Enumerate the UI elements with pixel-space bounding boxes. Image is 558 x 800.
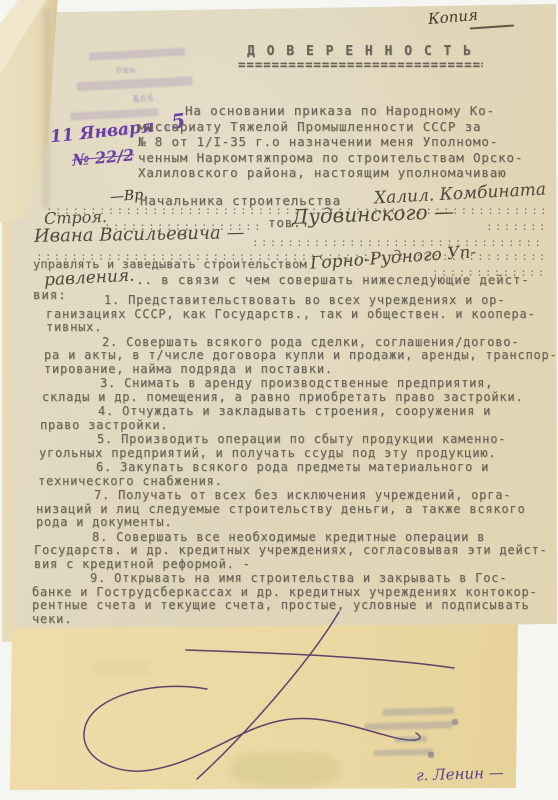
ghost-stamp-line <box>382 707 454 716</box>
list-item: 5. Производить операции по сбыту продукц… <box>39 433 548 460</box>
list-item: 4. Отчуждать и закладывать строения, соо… <box>40 405 548 432</box>
ghost-stamp-line <box>373 749 433 757</box>
text-line: ганизациях СССР, как Государств., так и … <box>46 308 548 322</box>
text-line: чеки. <box>32 613 548 627</box>
text-line: банке и Гострудсберкассах и др. кредитны… <box>32 586 548 600</box>
stamp-line <box>77 76 193 91</box>
text-line: рентные счета и текущие счета, простые, … <box>32 599 548 613</box>
text-line: угольных предприятий, и получать ссуды п… <box>39 447 548 461</box>
text-line: технического снабжения. <box>38 475 548 489</box>
text-line: ченным Наркомтяжпрома по строительствам … <box>138 150 550 166</box>
text-line: ра и акты, в т/числе договора купли и пр… <box>44 349 548 363</box>
text-line: 9. Открывать на имя строительства и закр… <box>32 572 548 586</box>
text-line: На основании приказа по Народному Ко- <box>138 103 550 119</box>
text-line: 1. Представительствовать во всех учрежде… <box>46 294 548 308</box>
continuation-text: .. в связи с чем совершать нижеследующие… <box>136 272 530 287</box>
text-line: вия с кредитной реформой. - <box>34 558 548 572</box>
text-line: право застройки. <box>40 419 548 433</box>
ink-speck <box>428 752 434 758</box>
items-list: 1. Представительствовать во всех учрежде… <box>30 294 548 627</box>
text-line: 5. Производить операции по сбыту продукц… <box>39 433 548 447</box>
text-line: 4. Отчуждать и закладывать строения, соо… <box>40 405 548 419</box>
text-line: низаций и лиц следуемые строительству де… <box>36 503 548 517</box>
text-line: Государств. и др. кредитных учреждениях,… <box>34 544 548 558</box>
scanned-document: ошь №66 о р с к 11 Января 5 № 22/2 Копия… <box>0 0 558 800</box>
place-note: г. Ленин — <box>416 763 504 784</box>
ghost-stamp-line <box>365 721 453 730</box>
text-line: тирование, найма подряда и поставки. <box>44 363 548 377</box>
text-line: № 8 от 1/I-35 г.о назначении меня Уполно… <box>138 134 550 150</box>
text-line: 6. Закупать всякого рода предметы матери… <box>38 461 548 475</box>
list-item: 9. Открывать на имя строительства и закр… <box>32 572 548 626</box>
list-item: 3. Снимать в аренду производственные пре… <box>42 377 548 404</box>
text-line: 8. Совершать все необходимые кредитные о… <box>34 531 548 545</box>
text-line: 3. Снимать в аренду производственные пре… <box>42 377 548 391</box>
list-item: 6. Закупать всякого рода предметы матери… <box>38 461 548 488</box>
ghost-stamp-line <box>395 736 427 743</box>
list-item: 7. Получать от всех без исключения учреж… <box>36 489 548 530</box>
ghost-stamp <box>364 707 476 772</box>
bleed-through-mark <box>230 752 340 786</box>
dotted-leader: ::::::::::::::::::::::::::::::::::::::::… <box>486 220 544 233</box>
gutter-shadow <box>42 8 50 208</box>
text-line: 7. Получать от всех без исключения учреж… <box>36 489 548 503</box>
handwritten-name-patronymic: Ивана Васильевича — <box>34 222 245 247</box>
list-item: 1. Представительствовать во всех учрежде… <box>46 294 548 335</box>
text-line: миссариату Тяжелой Промышленности СССР з… <box>138 119 550 135</box>
title-underline: ========================================… <box>238 57 483 72</box>
ink-speck <box>452 719 458 725</box>
stamp-text-fragment: ошь <box>116 60 210 76</box>
bleed-through-mark <box>92 660 152 676</box>
text-line: рода и документы. <box>36 516 548 530</box>
list-item: 2. Совершать всякого рода сделки, соглаш… <box>44 336 548 377</box>
text-line: Халиловского района, настоящим уполномач… <box>138 165 550 181</box>
text-line: тивных. <box>46 321 548 335</box>
list-item: 8. Совершать все необходимые кредитные о… <box>34 531 548 572</box>
text-line: склады и др. помещения, а равно приобрет… <box>42 391 548 405</box>
text-line: 2. Совершать всякого рода сделки, соглаш… <box>44 336 548 350</box>
preamble-paragraph: На основании приказа по Народному Ко-мис… <box>138 103 550 181</box>
